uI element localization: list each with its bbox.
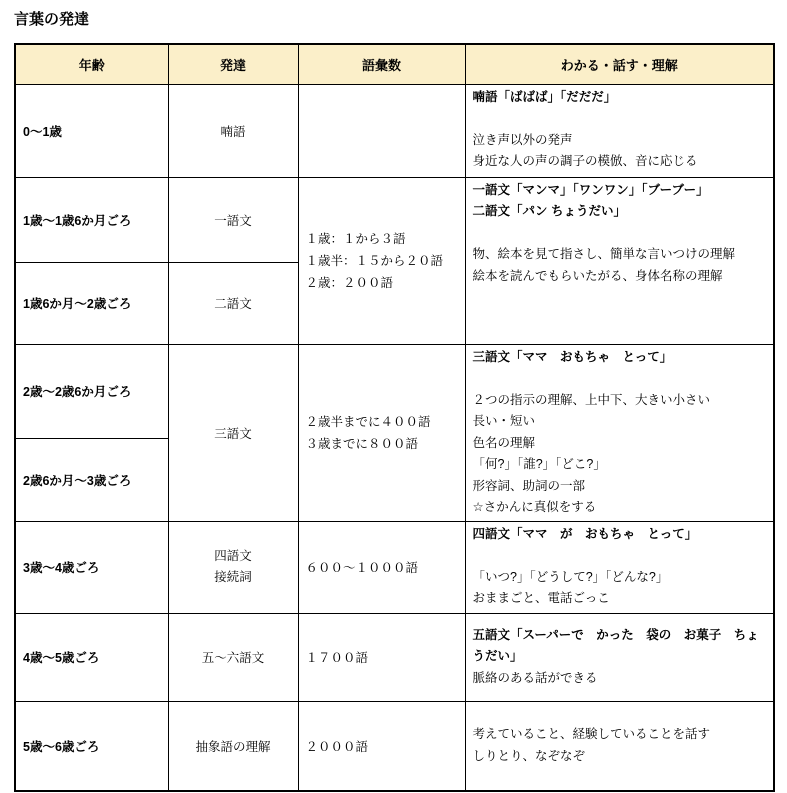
cell-age-3: 2歳～2歳6か月ごろ bbox=[15, 344, 168, 438]
note-line: おままごと、電話ごっこ bbox=[473, 588, 767, 610]
cell-age-6: 4歳～5歳ごろ bbox=[15, 613, 168, 701]
vocab-line: １歳：１から３語 bbox=[306, 228, 458, 250]
note-line: 四語文「ママ が おもちゃ とって」 bbox=[473, 524, 767, 546]
cell-age-2: 1歳6か月～2歳ごろ bbox=[15, 262, 168, 344]
cell-age-4: 2歳6か月～3歳ごろ bbox=[15, 438, 168, 521]
cell-vocab-6: １７００語 bbox=[298, 613, 465, 701]
note-line: 「いつ?」「どうして?」「どんな?」 bbox=[473, 567, 767, 589]
table-row: 3歳～4歳ごろ 四語文 接続詞 ６００～１０００語 四語文「ママ が おもちゃ … bbox=[15, 521, 774, 613]
cell-dev-7: 抽象語の理解 bbox=[168, 701, 298, 791]
cell-notes-3-4: 三語文「ママ おもちゃ とって」 ２つの指示の理解、上中下、大きい小さい 長い・… bbox=[465, 344, 774, 521]
note-line: 二語文「パン ちょうだい」 bbox=[473, 201, 767, 223]
cell-dev-6: 五～六語文 bbox=[168, 613, 298, 701]
note-line: 形容詞、助詞の一部 bbox=[473, 476, 767, 498]
cell-vocab-0 bbox=[298, 84, 465, 177]
cell-dev-0: 喃語 bbox=[168, 84, 298, 177]
note-line: 泣き声以外の発声 bbox=[473, 130, 767, 152]
cell-dev-5: 四語文 接続詞 bbox=[168, 521, 298, 613]
note-line bbox=[473, 368, 767, 390]
note-line: ☆さかんに真似をする bbox=[473, 497, 767, 519]
col-header-dev: 発達 bbox=[168, 44, 298, 84]
note-line: 絵本を読んでもらいたがる、身体名称の理解 bbox=[473, 266, 767, 288]
table-row: 1歳～1歳6か月ごろ 一語文 １歳：１から３語 １歳半：１５から２０語 ２歳：２… bbox=[15, 177, 774, 262]
col-header-age: 年齢 bbox=[15, 44, 168, 84]
table-row: 4歳～5歳ごろ 五～六語文 １７００語 五語文「スーパーで かった 袋の お菓子… bbox=[15, 613, 774, 701]
vocab-line: ２歳半までに４００語 bbox=[306, 411, 458, 433]
note-line: 色名の理解 bbox=[473, 433, 767, 455]
dev-line: 接続詞 bbox=[176, 567, 291, 589]
note-line: 一語文「マンマ」「ワンワン」「ブーブー」 bbox=[473, 180, 767, 202]
cell-age-1: 1歳～1歳6か月ごろ bbox=[15, 177, 168, 262]
cell-notes-6: 五語文「スーパーで かった 袋の お菓子 ちょうだい」 脈絡のある話ができる bbox=[465, 613, 774, 701]
cell-dev-3-4: 三語文 bbox=[168, 344, 298, 521]
cell-vocab-3-4: ２歳半までに４００語 ３歳までに８００語 bbox=[298, 344, 465, 521]
col-header-notes: わかる・話す・理解 bbox=[465, 44, 774, 84]
cell-notes-1-2: 一語文「マンマ」「ワンワン」「ブーブー」 二語文「パン ちょうだい」 物、絵本を… bbox=[465, 177, 774, 344]
note-line: 「何?」「誰?」「どこ?」 bbox=[473, 454, 767, 476]
note-line: 脈絡のある話ができる bbox=[473, 668, 767, 690]
note-line: 長い・短い bbox=[473, 411, 767, 433]
header-row: 年齢 発達 語彙数 わかる・話す・理解 bbox=[15, 44, 774, 84]
cell-notes-7: 考えていること、経験していることを話す しりとり、なぞなぞ bbox=[465, 701, 774, 791]
language-development-table: 年齢 発達 語彙数 わかる・話す・理解 0～1歳 喃語 喃語「ばばば」「だだだ」… bbox=[14, 43, 775, 792]
cell-age-0: 0～1歳 bbox=[15, 84, 168, 177]
cell-age-5: 3歳～4歳ごろ bbox=[15, 521, 168, 613]
page-title: 言葉の発達 bbox=[14, 9, 787, 43]
table-row: 0～1歳 喃語 喃語「ばばば」「だだだ」 泣き声以外の発声 身近な人の声の調子の… bbox=[15, 84, 774, 177]
note-line bbox=[473, 545, 767, 567]
note-line: しりとり、なぞなぞ bbox=[473, 746, 767, 768]
note-line: 五語文「スーパーで かった 袋の お菓子 ちょうだい」 bbox=[473, 625, 767, 668]
page: 言葉の発達 年齢 発達 語彙数 わかる・話す・理解 0～1歳 喃語 喃語「ばばば… bbox=[0, 0, 787, 793]
note-line: 考えていること、経験していることを話す bbox=[473, 724, 767, 746]
vocab-line: １歳半：１５から２０語 bbox=[306, 250, 458, 272]
note-line: ２つの指示の理解、上中下、大きい小さい bbox=[473, 390, 767, 412]
dev-line: 四語文 bbox=[176, 546, 291, 568]
cell-vocab-5: ６００～１０００語 bbox=[298, 521, 465, 613]
table-row: 5歳～6歳ごろ 抽象語の理解 ２０００語 考えていること、経験していることを話す… bbox=[15, 701, 774, 791]
cell-vocab-7: ２０００語 bbox=[298, 701, 465, 791]
note-line bbox=[473, 223, 767, 245]
vocab-line: ２歳：２００語 bbox=[306, 272, 458, 294]
note-line: 喃語「ばばば」「だだだ」 bbox=[473, 87, 767, 109]
cell-vocab-1-2: １歳：１から３語 １歳半：１５から２０語 ２歳：２００語 bbox=[298, 177, 465, 344]
col-header-vocab: 語彙数 bbox=[298, 44, 465, 84]
cell-notes-5: 四語文「ママ が おもちゃ とって」 「いつ?」「どうして?」「どんな?」 おま… bbox=[465, 521, 774, 613]
note-line: 物、絵本を見て指さし、簡単な言いつけの理解 bbox=[473, 244, 767, 266]
note-line bbox=[473, 108, 767, 130]
cell-notes-0: 喃語「ばばば」「だだだ」 泣き声以外の発声 身近な人の声の調子の模倣、音に応じる bbox=[465, 84, 774, 177]
cell-age-7: 5歳～6歳ごろ bbox=[15, 701, 168, 791]
note-line: 身近な人の声の調子の模倣、音に応じる bbox=[473, 151, 767, 173]
note-line: 三語文「ママ おもちゃ とって」 bbox=[473, 347, 767, 369]
table-row: 2歳～2歳6か月ごろ 三語文 ２歳半までに４００語 ３歳までに８００語 三語文「… bbox=[15, 344, 774, 438]
cell-dev-1: 一語文 bbox=[168, 177, 298, 262]
vocab-line: ３歳までに８００語 bbox=[306, 433, 458, 455]
cell-dev-2: 二語文 bbox=[168, 262, 298, 344]
